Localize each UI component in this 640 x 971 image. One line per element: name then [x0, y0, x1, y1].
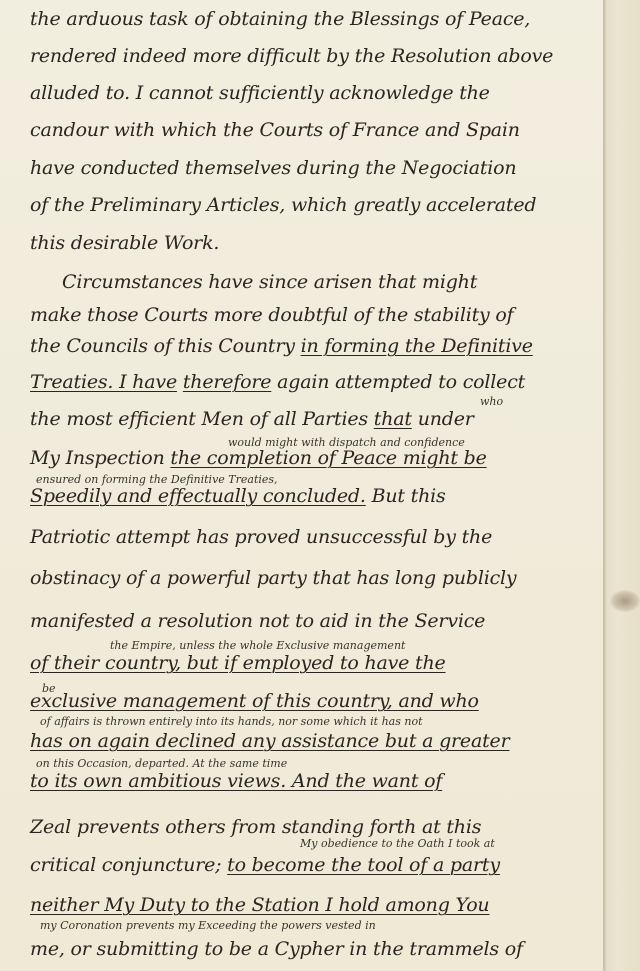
manuscript-line: My Inspection the completion of Peace mi… [30, 449, 602, 468]
manuscript-line: have conducted themselves during the Neg… [30, 159, 602, 178]
underlined-text: in forming the Definitive [301, 335, 533, 357]
manuscript-line: Zeal prevents others from standing forth… [30, 818, 602, 837]
manuscript-line: candour with which the Courts of France … [30, 121, 602, 140]
line-text-rest: again attempted to collect [277, 371, 525, 393]
manuscript-line: neither My Duty to the Station I hold am… [30, 896, 602, 915]
manuscript-line: Patriotic attempt has proved unsuccessfu… [30, 528, 602, 547]
manuscript-page: the arduous task of obtaining the Blessi… [0, 0, 604, 971]
underlined-text: that [374, 408, 412, 430]
underlined-text: to become the tool of a party [227, 854, 500, 876]
manuscript-line: critical conjuncture; to become the tool… [30, 856, 602, 875]
interlineation: My obedience to the Oath I took at [300, 838, 495, 849]
manuscript-line: the arduous task of obtaining the Blessi… [30, 10, 602, 29]
interlineation: who [480, 396, 503, 407]
manuscript-line: of their country, but if employed to hav… [30, 654, 602, 673]
underlying-sheet [603, 0, 640, 971]
interlineation: the Empire, unless the whole Exclusive m… [110, 640, 405, 651]
manuscript-line: me, or submitting to be a Cypher in the … [30, 940, 602, 959]
ink-stain [610, 590, 640, 612]
manuscript-line: the Councils of this Country in forming … [30, 337, 602, 356]
manuscript-line: alluded to. I cannot sufficiently acknow… [30, 84, 602, 103]
underlined-text: therefore [183, 371, 271, 393]
manuscript-line: to its own ambitious views. And the want… [30, 772, 602, 791]
manuscript-line: has on again declined any assistance but… [30, 732, 602, 751]
underlined-text: the completion of Peace might be [170, 447, 486, 469]
manuscript-line: this desirable Work. [30, 234, 602, 253]
interlineation: of affairs is thrown entirely into its h… [40, 716, 423, 727]
manuscript-line: Speedily and effectually concluded. But … [30, 487, 602, 506]
manuscript-line: exclusive management of this country, an… [30, 692, 602, 711]
line-text: the Councils of this Country [30, 335, 295, 357]
line-text: Treaties. I have [30, 371, 177, 393]
line-text: critical conjuncture; [30, 854, 221, 876]
manuscript-line: Treaties. I have therefore again attempt… [30, 373, 602, 392]
manuscript-line: rendered indeed more difficult by the Re… [30, 47, 602, 66]
line-text: My Inspection [30, 447, 165, 469]
manuscript-line: make those Courts more doubtful of the s… [30, 306, 602, 325]
line-text-rest: under [418, 408, 474, 430]
interlineation: ensured on forming the Definitive Treati… [36, 474, 278, 485]
interlineation: my Coronation prevents my Exceeding the … [40, 920, 376, 931]
manuscript-line: Circumstances have since arisen that mig… [62, 273, 634, 292]
interlineation: on this Occasion, departed. At the same … [36, 758, 287, 769]
manuscript-line: manifested a resolution not to aid in th… [30, 612, 602, 631]
manuscript-line: of the Preliminary Articles, which great… [30, 196, 602, 215]
line-text-rest: But this [372, 485, 446, 507]
manuscript-line: the most efficient Men of all Parties th… [30, 410, 602, 429]
line-text: the most efficient Men of all Parties [30, 408, 368, 430]
manuscript-line: obstinacy of a powerful party that has l… [30, 569, 602, 588]
underlined-text: Speedily and effectually concluded. [30, 485, 366, 507]
